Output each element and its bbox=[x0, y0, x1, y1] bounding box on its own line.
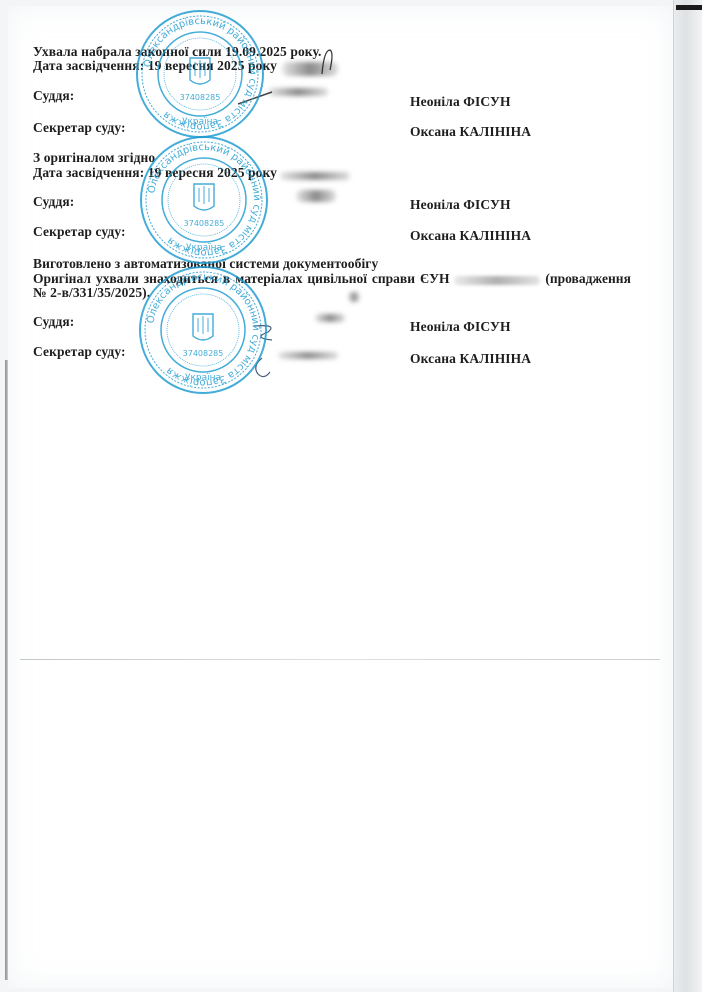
redacted-signature bbox=[280, 172, 350, 180]
page-left-edge-shadow bbox=[5, 360, 8, 980]
redacted-case-number bbox=[454, 276, 540, 285]
redacted-signature bbox=[278, 352, 338, 359]
redacted-mark bbox=[348, 292, 360, 302]
word: цивільної bbox=[307, 271, 367, 287]
judge-name: Неоніла ФІСУН bbox=[410, 197, 511, 213]
proceeding-number: № 2-в/331/35/2025). bbox=[33, 285, 150, 301]
svg-text:Україна: Україна bbox=[186, 243, 222, 253]
secretary-name: Оксана КАЛІНІНА bbox=[410, 124, 531, 140]
fold-line bbox=[20, 659, 660, 660]
court-stamp: Олександрівський районний суд міста Запо… bbox=[137, 264, 269, 396]
svg-text:37408285: 37408285 bbox=[180, 93, 221, 102]
judge-label: Суддя: bbox=[33, 88, 74, 104]
svg-text:37408285: 37408285 bbox=[183, 349, 224, 358]
word: (провадження bbox=[545, 271, 631, 287]
binding-strip bbox=[673, 0, 702, 992]
judge-label: Суддя: bbox=[33, 194, 74, 210]
secretary-name: Оксана КАЛІНІНА bbox=[410, 228, 531, 244]
secretary-name: Оксана КАЛІНІНА bbox=[410, 351, 531, 367]
redacted-signature bbox=[268, 88, 328, 96]
original-conformity-line: З оригіналом згідно bbox=[33, 150, 155, 166]
binding-strip-top-mark bbox=[676, 5, 702, 10]
secretary-label: Секретар суду: bbox=[33, 120, 126, 136]
secretary-label: Секретар суду: bbox=[33, 224, 126, 240]
svg-text:Україна: Україна bbox=[185, 373, 221, 383]
court-stamp: Олександрівський районний суд міста Запо… bbox=[134, 8, 266, 140]
judge-name: Неоніла ФІСУН bbox=[410, 319, 511, 335]
signature-stroke bbox=[318, 46, 338, 76]
court-stamp: Олександрівський районний суд міста Запо… bbox=[138, 134, 270, 266]
judge-name: Неоніла ФІСУН bbox=[410, 94, 511, 110]
word: ЄУН bbox=[420, 271, 450, 287]
redacted-signature bbox=[296, 190, 336, 202]
judge-label: Суддя: bbox=[33, 314, 74, 330]
word: справи bbox=[372, 271, 415, 287]
svg-text:37408285: 37408285 bbox=[184, 219, 225, 228]
redacted-signature bbox=[315, 314, 345, 322]
secretary-label: Секретар суду: bbox=[33, 344, 126, 360]
svg-text:Україна: Україна bbox=[182, 117, 218, 127]
